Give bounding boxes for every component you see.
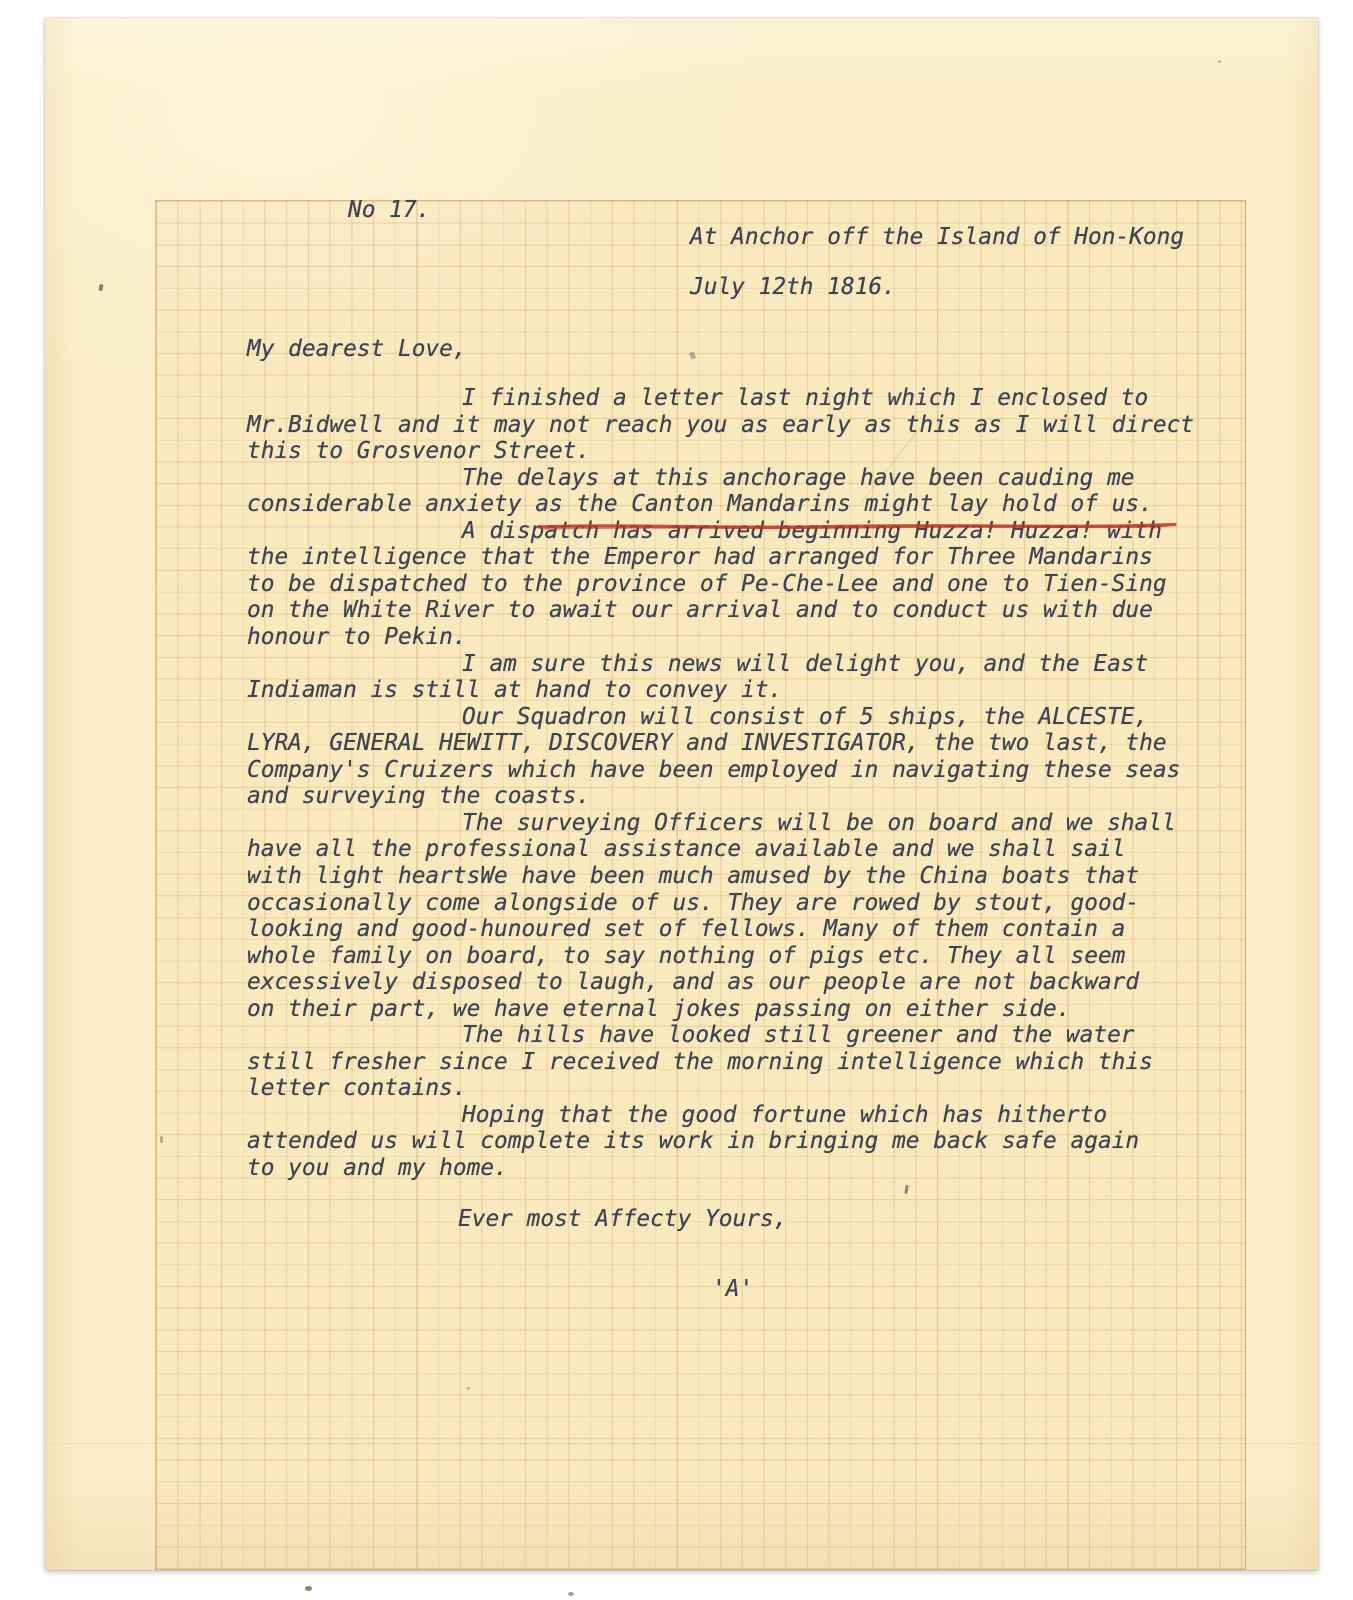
letter-line: to be dispatched to the province of Pe-C… (247, 571, 1167, 597)
letter-line: to you and my home. (247, 1155, 508, 1181)
paper-speck (1218, 60, 1221, 63)
paper-crease-line (45, 1443, 1318, 1444)
letter-line: letter contains. (247, 1075, 467, 1101)
letter-line: honour to Pekin. (247, 624, 467, 650)
letter-line: excessively disposed to laugh, and as ou… (247, 969, 1139, 995)
letter-closing: Ever most Affecty Yours, (458, 1206, 787, 1232)
letter-line: LYRA, GENERAL HEWITT, DISCOVERY and INVE… (247, 730, 1167, 756)
paper-speck (160, 1136, 163, 1143)
letter-paper: No 17. At Anchor off the Island of Hon-K… (45, 18, 1318, 1570)
letter-line: and surveying the coasts. (247, 783, 590, 809)
letter-line: looking and good-hunoured set of fellows… (247, 916, 1125, 942)
letter-line: Hoping that the good fortune which has h… (462, 1102, 1107, 1128)
letter-line: The delays at this anchorage have been c… (462, 465, 1135, 491)
letter-line: whole family on board, to say nothing of… (247, 943, 1125, 969)
paper-speck (568, 1592, 574, 1596)
paper-speck (467, 1387, 470, 1390)
letter-line: Indiaman is still at hand to convey it. (247, 677, 782, 703)
letter-number: No 17. (348, 197, 430, 223)
letter-salutation: My dearest Love, (247, 336, 467, 362)
letter-signature: 'A' (712, 1276, 753, 1302)
letter-line: Mr.Bidwell and it may not reach you as e… (247, 412, 1194, 438)
letter-line: on their part, we have eternal jokes pas… (247, 996, 1071, 1022)
letter-line: The hills have looked still greener and … (462, 1022, 1135, 1048)
letter-line: considerable anxiety as the Canton Manda… (247, 491, 1153, 517)
letter-line: still fresher since I received the morni… (247, 1049, 1153, 1075)
letter-line: Our Squadron will consist of 5 ships, th… (462, 704, 1148, 730)
letter-line: The surveying Officers will be on board … (462, 810, 1176, 836)
letter-line: have all the professional assistance ava… (247, 836, 1125, 862)
scanned-letter-page: No 17. At Anchor off the Island of Hon-K… (0, 0, 1353, 1600)
letter-line: Company's Cruizers which have been emplo… (247, 757, 1180, 783)
letter-line: I am sure this news will delight you, an… (462, 651, 1148, 677)
letter-line: this to Grosvenor Street. (247, 438, 590, 464)
red-underline-annotation (535, 518, 1179, 536)
letter-line: I finished a letter last night which I e… (462, 385, 1148, 411)
paper-speck (305, 1586, 312, 1591)
letter-line: on the White River to await our arrival … (247, 597, 1153, 623)
letter-date-line: July 12th 1816. (690, 274, 896, 300)
letter-line: attended us will complete its work in br… (247, 1128, 1139, 1154)
letter-location-line: At Anchor off the Island of Hon-Kong (690, 224, 1184, 250)
letter-line: occasionally come alongside of us. They … (247, 890, 1139, 916)
letter-line: the intelligence that the Emperor had ar… (247, 544, 1153, 570)
letter-line: with light heartsWe have been much amuse… (247, 863, 1139, 889)
paper-speck (98, 284, 103, 292)
